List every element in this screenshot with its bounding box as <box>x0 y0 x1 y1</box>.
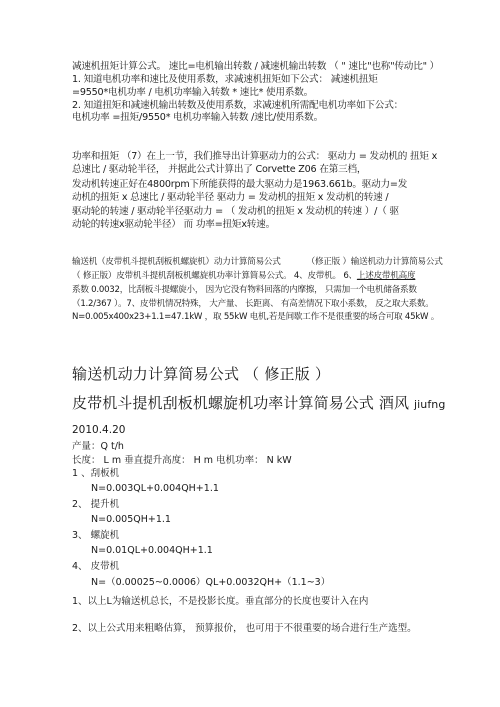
formula: N=0.01QL+0.004QH+1.1 <box>91 546 213 556</box>
text-line: 输送机（皮带机斗提机刮板机螺旋机）动力计算简易公式（修正版 ）输送机动力计算简易… <box>72 258 443 267</box>
note: 1、以上L为输送机总长，不是投影长度。垂直部分的长度也要计入在内 <box>72 597 368 607</box>
formula: N=（0.00025~0.0006）QL+0.0032QH+（1.1~3） <box>91 578 330 588</box>
text-span: （ 修正版）皮带机斗提机刮板机螺旋机功率计算简易公式。 4、皮带机。 6、 <box>72 271 357 281</box>
author-name: jiufng <box>414 398 446 411</box>
formula-label: 3、 螺旋机 <box>72 531 119 541</box>
text-line: （1.2/367 ）。7、皮带机情况特殊， 大产量、 长距离、 有高差情况下取小… <box>72 300 434 309</box>
formula: N=0.003QL+0.004QH+1.1 <box>91 484 219 494</box>
text-line: 功率和扭矩 （7）在上一节，我们推导出计算驱动力的公式： 驱动力 = 发动机的 … <box>72 152 437 162</box>
text-line: 系数 0.0032，比刮板斗提螺旋小， 因为它没有物料回落的内摩擦， 只需加一个… <box>72 286 417 295</box>
text-line: 发动机转速正好在4800rpm下所能获得的最大驱动力是1963.661b。驱动力… <box>72 180 407 190</box>
subtitle-text: 皮带机斗提机刮板机螺旋机功率计算简易公式 酒风 <box>72 394 409 412</box>
text-line: =9550*电机功率 / 电机功率输入转数 * 速比* 使用系数。 <box>72 88 313 98</box>
param-output: 产量：Q t/h <box>72 442 124 452</box>
formula-label: 2、 提升机 <box>72 500 119 510</box>
param-length: 长度： L m 垂直提升高度： H m 电机功率： N kW <box>72 456 292 466</box>
text-line: 1. 知道电机功率和速比及使用系数，求减速机扭矩如下公式： 减速机扭矩 <box>72 75 378 85</box>
formula-label: 1 、刮板机 <box>72 469 119 479</box>
text-line: （ 修正版）皮带机斗提机刮板机螺旋机功率计算简易公式。 4、皮带机。 6、上述皮… <box>72 272 415 281</box>
underlined-text: 上述皮带机高度 <box>357 271 415 281</box>
text-line: 动机的扭矩 x 总速比 / 驱动轮半径 驱动力 = 发动机的扭矩 x 发动机的转… <box>72 193 388 203</box>
text-line: N=0.005x400x23+1.1=47.1kW ，取 55kW 电机,若是间… <box>72 313 439 322</box>
text-line: 驱动轮的转速 / 驱动轮半径驱动力 = （ 发动机的扭矩 x 发动机的转速 ）/… <box>72 207 399 217</box>
text-line: 2. 知道扭矩和减速机输出转数及使用系数，求减速机所需配电机功率如下公式： <box>72 101 403 111</box>
note: 2、以上公式用来粗略估算， 预算报价， 也可用于不很重要的场合进行生产选型。 <box>72 624 417 634</box>
document-subtitle: 皮带机斗提机刮板机螺旋机功率计算简易公式 酒风 jiufng <box>72 396 445 411</box>
document-page: 减速机扭矩计算公式。 速比=电机输出转数 / 减速机输出转数 （ " 速比"也称… <box>0 0 500 707</box>
text-line: 总速比 / 驱动轮半径， 并据此公式计算出了 Corvette Z06 在第三档… <box>72 165 366 175</box>
formula: N=0.005QH+1.1 <box>91 515 171 525</box>
document-date: 2010.4.20 <box>72 425 125 436</box>
formula-label: 4、 皮带机 <box>72 562 119 572</box>
document-title: 输送机动力计算简易公式 （ 修正版 ） <box>72 367 330 382</box>
text-span: 输送机（皮带机斗提机刮板机螺旋机）动力计算简易公式 <box>72 257 281 267</box>
text-span: （修正版 ）输送机动力计算简易公式 <box>307 257 443 267</box>
text-line: 减速机扭矩计算公式。 速比=电机输出转数 / 减速机输出转数 （ " 速比"也称… <box>72 62 439 72</box>
text-line: 动轮的转速x驱动轮半径） 而 功率=扭矩x转速。 <box>72 220 275 230</box>
text-line: 电机功率 =扭矩/9550* 电机功率输入转数 /速比/使用系数。 <box>72 113 323 123</box>
